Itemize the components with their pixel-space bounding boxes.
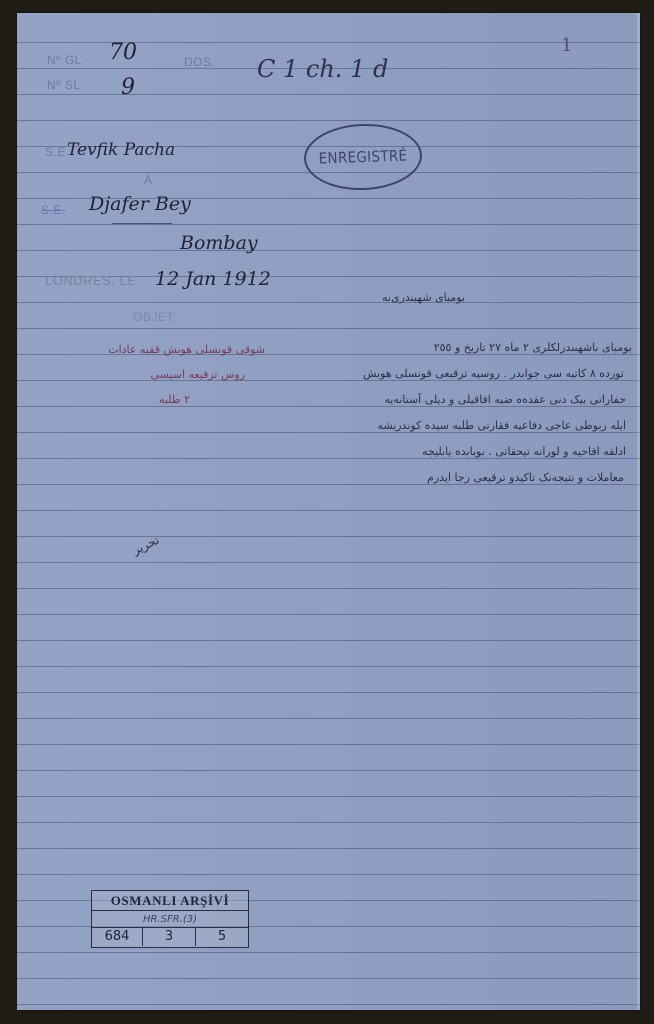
subject-note-line-1: شوقی قونسلی هوبش ققیه عادات xyxy=(108,343,265,356)
archive-gomlek-number: 3 xyxy=(143,928,196,946)
archive-stamp: OSMANLI ARŞİVİ HR.SFR.(3) 684 3 5 xyxy=(91,890,249,948)
city-date-label: LONDRES, LE xyxy=(45,273,136,288)
document-page: 1 Nº GL 70 Nº SL 9 DOS. C 1 ch. 1 d ENRE… xyxy=(17,13,640,1010)
marginal-note: تحریر xyxy=(130,533,161,557)
archive-stamp-code: HR.SFR.(3) xyxy=(92,911,248,928)
objet-label: OBJET: xyxy=(133,310,177,324)
body-line-1: بومبای باشهبندرلکلری ٢ ماه ٢٧ تاریخ و ٢٥… xyxy=(434,341,632,354)
no-gl-value: 70 xyxy=(109,40,137,65)
body-line-6: معاملات و نتیجه‌نک تاکیدو ترقیعی رجا اید… xyxy=(427,471,624,484)
archive-dosya-number: 684 xyxy=(92,928,143,946)
archive-sira-number: 5 xyxy=(196,928,248,946)
enregistre-stamp: ENREGISTRÉ xyxy=(303,122,423,192)
no-sl-value: 9 xyxy=(121,75,135,100)
sender-name: Tevfik Pacha xyxy=(67,140,175,160)
page-number: 1 xyxy=(561,35,572,56)
body-line-4: ایله ربوطی عاجی دفاعیه فقارتی طلبه سیده … xyxy=(377,419,626,432)
archive-stamp-title: OSMANLI ARŞİVİ xyxy=(92,891,248,911)
recipient-prefix: S.E. xyxy=(41,203,66,217)
to-label: À xyxy=(144,173,153,187)
no-gl-label: Nº GL xyxy=(47,53,82,67)
no-sl-label: Nº SL xyxy=(47,78,81,92)
body-line-3: حفاراتی بیک دنی عقده‌ه ضبه افاقیلی و دیل… xyxy=(384,393,626,406)
recipient-name: Djafer Bey xyxy=(89,193,191,215)
body-salutation: بومبای شهبندری‌نه xyxy=(382,291,465,304)
enregistre-stamp-text: ENREGISTRÉ xyxy=(318,146,407,167)
body-line-5: ادلقه افاحیه و لورانه تیحقاتی . بوبابده … xyxy=(422,445,626,458)
recipient-location: Bombay xyxy=(180,232,258,254)
sender-prefix: S.E. xyxy=(45,145,70,159)
recipient-underline xyxy=(112,223,172,224)
dos-value: C 1 ch. 1 d xyxy=(257,55,388,83)
body-line-2: تورده ٨ کاتبه سی جوابدر . روسیه ترقیعی ق… xyxy=(363,367,624,380)
subject-note-line-2: روس ترقیعه اسپسی xyxy=(150,368,245,381)
dos-label: DOS. xyxy=(184,55,215,69)
archive-stamp-numbers: 684 3 5 xyxy=(92,928,248,946)
subject-note-line-3: ٢ طلبه xyxy=(159,393,190,406)
letter-date: 12 Jan 1912 xyxy=(155,268,271,290)
